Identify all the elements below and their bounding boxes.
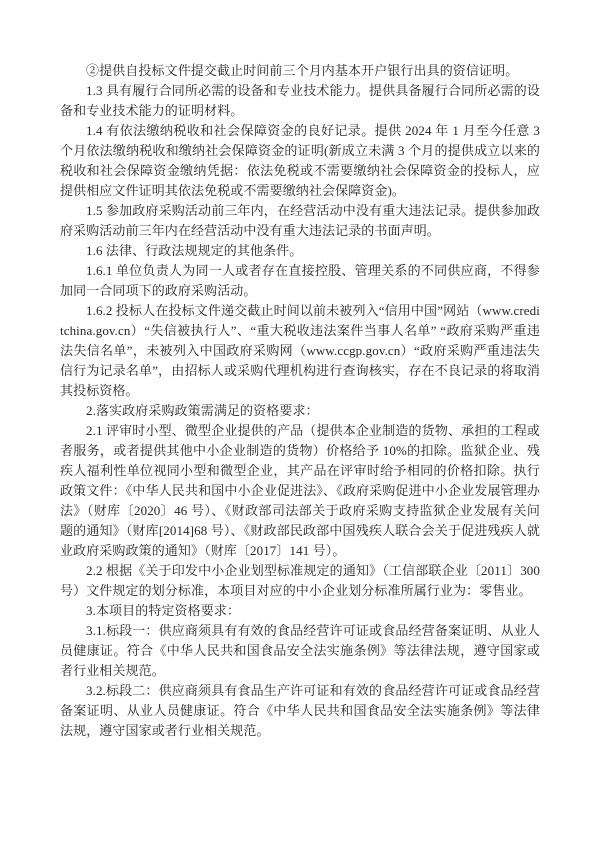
- paragraph-2-policy-requirements: 2.落实政府采购政策需满足的资格要求：: [60, 401, 540, 421]
- paragraph-1-6-1-same-person-rule: 1.6.1 单位负责人为同一人或者存在直接控股、管理关系的不同供应商，不得参加同…: [60, 261, 540, 301]
- paragraph-2-1-sme-price-deduction: 2.1 评审时小型、微型企业提供的产品（提供本企业制造的货物、承担的工程或者服务…: [60, 421, 540, 561]
- paragraph-1-5-no-illegal-record: 1.5 参加政府采购活动前三年内，在经营活动中没有重大违法记录。提供参加政府采购…: [60, 201, 540, 241]
- paragraph-1-3-equipment-capability: 1.3 具有履行合同所必需的设备和专业技术能力。提供具备履行合同所必需的设备和专…: [60, 81, 540, 121]
- paragraph-2-2-sme-industry-standard: 2.2 根据《关于印发中小企业划型标准规定的通知》（工信部联企业〔2011〕30…: [60, 561, 540, 601]
- document-body: ②提供自投标文件提交截止时间前三个月内基本开户银行出具的资信证明。 1.3 具有…: [60, 61, 540, 741]
- paragraph-3-1-section-one: 3.1.标段一：供应商须具有有效的食品经营许可证或食品经营备案证明、从业人员健康…: [60, 621, 540, 681]
- paragraph-1-6-2-credit-china-check: 1.6.2 投标人在投标文件递交截止时间以前未被列入“信用中国”网站（www.c…: [60, 301, 540, 401]
- paragraph-credit-certificate: ②提供自投标文件提交截止时间前三个月内基本开户银行出具的资信证明。: [60, 61, 540, 81]
- paragraph-3-specific-requirements: 3.本项目的特定资格要求：: [60, 601, 540, 621]
- paragraph-1-6-other-conditions: 1.6 法律、行政法规规定的其他条件。: [60, 241, 540, 261]
- paragraph-3-2-section-two: 3.2.标段二：供应商须具有食品生产许可证和有效的食品经营许可证或食品经营备案证…: [60, 681, 540, 741]
- document-page: ②提供自投标文件提交截止时间前三个月内基本开户银行出具的资信证明。 1.3 具有…: [0, 0, 600, 849]
- paragraph-1-4-tax-social-security: 1.4 有依法缴纳税收和社会保障资金的良好记录。提供 2024 年 1 月至今任…: [60, 121, 540, 201]
